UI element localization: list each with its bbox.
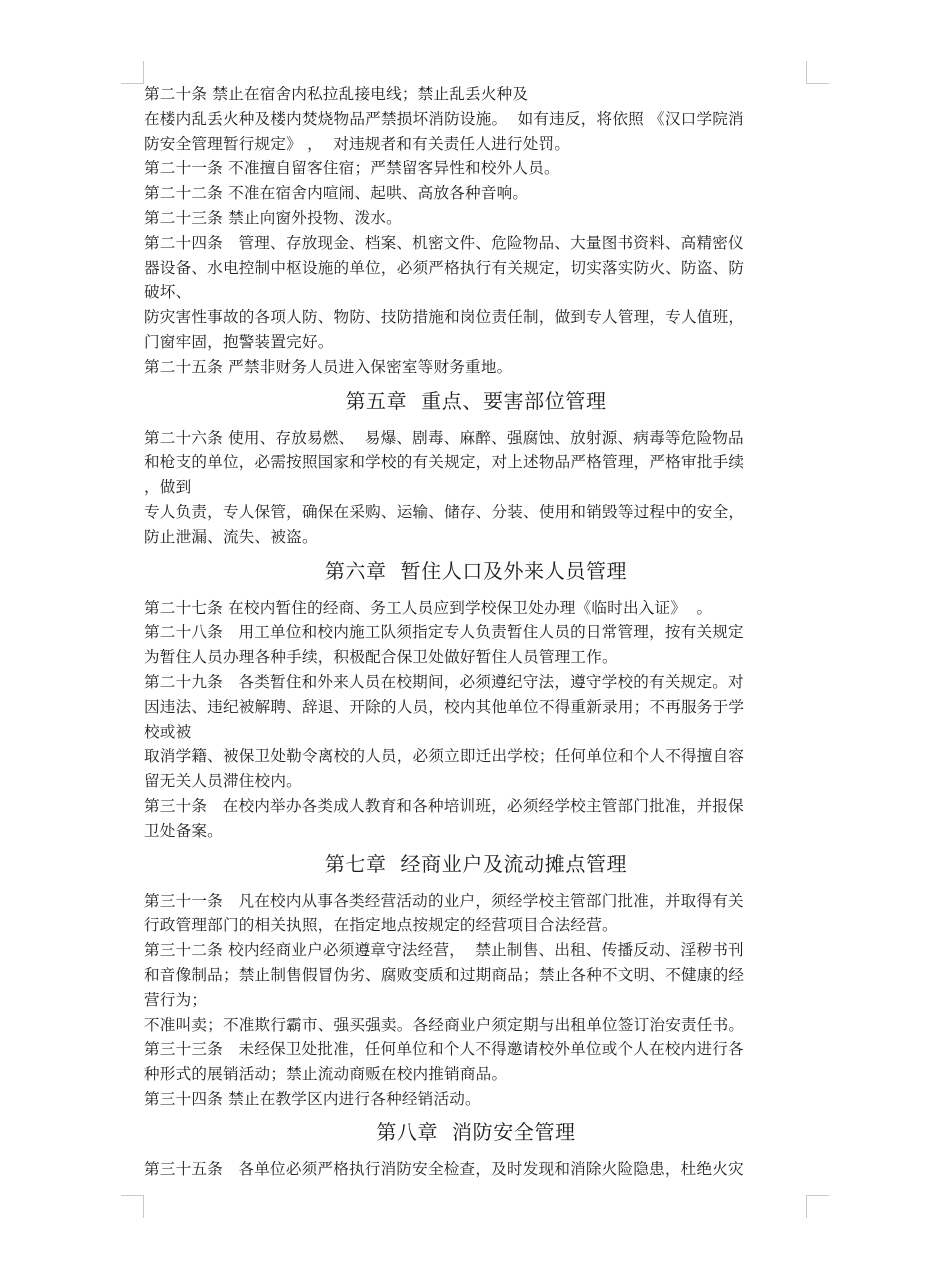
page-corner-mark-bottom-left (121, 1195, 144, 1218)
text-line: 防止泄漏、流失、被盗。 (144, 525, 808, 550)
text-line: 不准叫卖；不准欺行霸市、强买强卖。各经商业户须定期与出租单位签订治安责任书。 (144, 1013, 808, 1038)
text-line: 防灾害性事故的各项人防、物防、技防措施和岗位责任制，做到专人管理，专人值班， (144, 305, 808, 330)
text-line: 第三十三条 未经保卫处批准，任何单位和个人不得邀请校外单位或个人在校内进行各 (144, 1037, 808, 1062)
dormitory-rules-section: 第二十条 禁止在宿舍内私拉乱接电线；禁止乱丢火种及 在楼内乱丢火种及楼内焚烧物品… (144, 82, 808, 380)
text-line: 取消学籍、被保卫处勒令离校的人员，必须立即迁出学校；任何单位和个人不得擅自容 (144, 744, 808, 769)
chapter-heading: 第六章 暂住人口及外来人员管理 (144, 561, 808, 581)
text-line: 第二十条 禁止在宿舍内私拉乱接电线；禁止乱丢火种及 (144, 82, 808, 107)
text-line: 留无关人员滞住校内。 (144, 769, 808, 794)
chapter-heading: 第五章 重点、要害部位管理 (144, 391, 808, 411)
text-line: 校或被 (144, 720, 808, 745)
text-line: 营行为； (144, 988, 808, 1013)
chapter-8-section: 第八章 消防安全管理 第三十五条 各单位必须严格执行消防安全检查，及时发现和消除… (144, 1122, 808, 1182)
chapter-6-section: 第六章 暂住人口及外来人员管理 第二十七条 在校内暂住的经商、务工人员应到学校保… (144, 561, 808, 844)
text-line: 卫处备案。 (144, 819, 808, 844)
text-line: 第三十二条 校内经商业户必须遵章守法经营， 禁止制售、出租、传播反动、淫秽书刊 (144, 938, 808, 963)
text-line: 破坏、 (144, 280, 808, 305)
text-line: 第二十九条 各类暂住和外来人员在校期间，必须遵纪守法，遵守学校的有关规定。对 (144, 670, 808, 695)
text-line: 第二十二条 不准在宿舍内喧闹、起哄、高放各种音响。 (144, 181, 808, 206)
chapter-heading: 第七章 经商业户及流动摊点管理 (144, 854, 808, 874)
text-line: 第二十四条 管理、存放现金、档案、机密文件、危险物品、大量图书资料、高精密仪 (144, 231, 808, 256)
text-line: 行政管理部门的相关执照，在指定地点按规定的经营项目合法经营。 (144, 913, 808, 938)
chapter-5-section: 第五章 重点、要害部位管理 第二十六条 使用、存放易燃、 易爆、剧毒、麻醉、强腐… (144, 391, 808, 550)
document-page: 第二十条 禁止在宿舍内私拉乱接电线；禁止乱丢火种及 在楼内乱丢火种及楼内焚烧物品… (144, 82, 808, 1181)
text-line: 器设备、水电控制中枢设施的单位，必须严格执行有关规定，切实落实防火、防盗、防 (144, 256, 808, 281)
text-line: 第二十一条 不准擅自留客住宿；严禁留客异性和校外人员。 (144, 156, 808, 181)
text-line: ，做到 (144, 475, 808, 500)
text-line: 第三十五条 各单位必须严格执行消防安全检查，及时发现和消除火险隐患，杜绝火灾 (144, 1157, 808, 1182)
chapter-heading: 第八章 消防安全管理 (144, 1122, 808, 1142)
text-line: 因违法、违纪被解聘、辞退、开除的人员，校内其他单位不得重新录用；不再服务于学 (144, 695, 808, 720)
page-corner-mark-bottom-right (806, 1195, 829, 1218)
text-line: 第二十五条 严禁非财务人员进入保密室等财务重地。 (144, 355, 808, 380)
text-line: 第二十八条 用工单位和校内施工队须指定专人负责暂住人员的日常管理，按有关规定 (144, 620, 808, 645)
text-line: 防安全管理暂行规定》 ， 对违规者和有关责任人进行处罚。 (144, 132, 808, 157)
text-line: 和音像制品；禁止制售假冒伪劣、腐败变质和过期商品；禁止各种不文明、不健康的经 (144, 963, 808, 988)
text-line: 种形式的展销活动；禁止流动商贩在校内推销商品。 (144, 1062, 808, 1087)
text-line: 第二十六条 使用、存放易燃、 易爆、剧毒、麻醉、强腐蚀、放射源、病毒等危险物品 (144, 426, 808, 451)
text-line: 第三十四条 禁止在教学区内进行各种经销活动。 (144, 1087, 808, 1112)
text-line: 门窗牢固，抱警装置完好。 (144, 330, 808, 355)
text-line: 为暂住人员办理各种手续，积极配合保卫处做好暂住人员管理工作。 (144, 645, 808, 670)
text-line: 第二十七条 在校内暂住的经商、务工人员应到学校保卫处办理《临时出入证》 。 (144, 596, 808, 621)
text-line: 第三十条 在校内举办各类成人教育和各种培训班，必须经学校主管部门批准，并报保 (144, 794, 808, 819)
text-line: 和枪支的单位，必需按照国家和学校的有关规定，对上述物品严格管理，严格审批手续 (144, 450, 808, 475)
text-line: 在楼内乱丢火种及楼内焚烧物品严禁损坏消防设施。 如有违反，将依照 《汉口学院消 (144, 107, 808, 132)
chapter-7-section: 第七章 经商业户及流动摊点管理 第三十一条 凡在校内从事各类经营活动的业户，须经… (144, 854, 808, 1112)
page-corner-mark-top-left (121, 61, 144, 84)
text-line: 第三十一条 凡在校内从事各类经营活动的业户，须经学校主管部门批准，并取得有关 (144, 889, 808, 914)
text-line: 第二十三条 禁止向窗外投物、泼水。 (144, 206, 808, 231)
page-corner-mark-top-right (806, 61, 829, 84)
text-line: 专人负责，专人保管，确保在采购、运输、储存、分装、使用和销毁等过程中的安全， (144, 500, 808, 525)
